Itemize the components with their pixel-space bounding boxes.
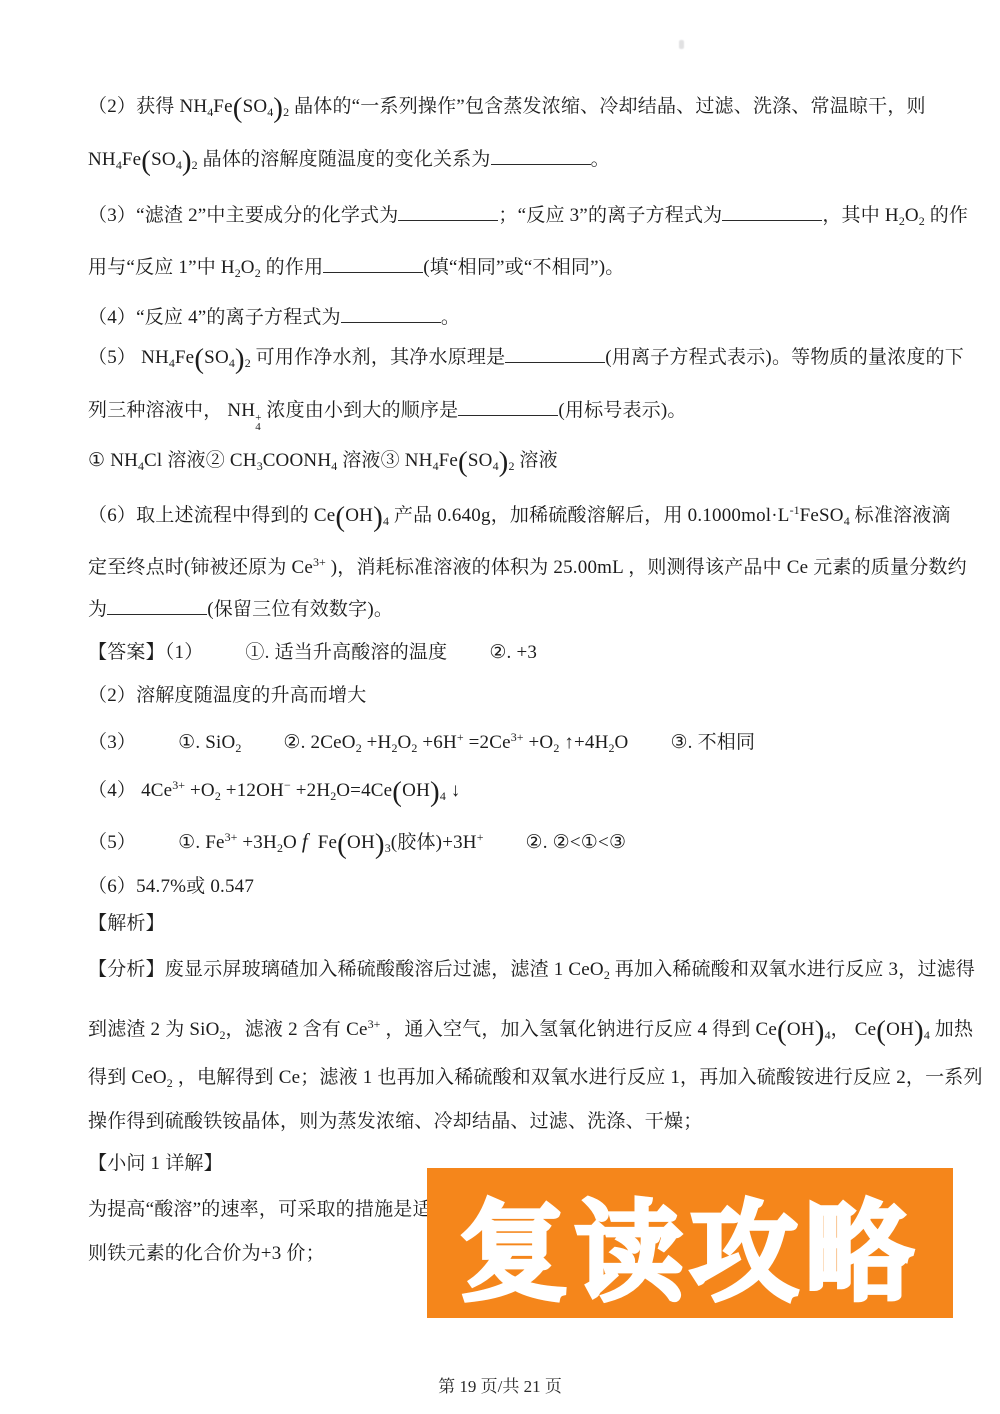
- text-line-19: 【分析】废显示屏玻璃碴加入稀硫酸酸溶后过滤，滤渣 1 CeO2 再加入稀硫酸和双…: [88, 958, 975, 987]
- text-run: H: [885, 205, 899, 226]
- text-run: OH: [345, 505, 373, 526]
- text-run: 则铁元素的化合价为+3 价；: [88, 1243, 325, 1264]
- superscript: 3+: [368, 1017, 381, 1031]
- text-run: ②. +3: [489, 642, 537, 663]
- big-left-paren: (: [335, 501, 345, 533]
- text-run: 可用作净水剂，其净水原理是: [251, 347, 506, 368]
- text-run: OH: [402, 780, 430, 801]
- text-run: H: [221, 257, 235, 278]
- superscript: 3+: [172, 778, 185, 792]
- text-run: 【小问 1 详解】: [88, 1153, 223, 1174]
- superscript: -1: [790, 503, 800, 517]
- text-line-1: （2）获得 NH4Fe(SO4)2 晶体的“一系列操作”包含蒸发浓缩、冷却结晶、…: [88, 95, 926, 124]
- superscript: −: [284, 778, 291, 792]
- big-left-paren: (: [392, 776, 402, 808]
- big-left-paren: (: [458, 446, 468, 478]
- text-run: Fe: [122, 149, 141, 170]
- big-right-paren: ): [914, 1015, 924, 1047]
- text-run: (保留三位有效数字)。: [207, 599, 393, 620]
- text-line-7: 列三种溶液中， NH+4 浓度由小到大的顺序是(用标号表示)。: [88, 398, 687, 433]
- text-run: Fe: [175, 347, 194, 368]
- text-run: ，电解得到 Ce；滤液 1 也再加入稀硫酸和双氧水进行反应 1，再加入硫酸铵进行…: [173, 1067, 983, 1088]
- text-run: O: [905, 205, 919, 226]
- text-run: +O: [185, 780, 215, 801]
- text-run: 4Ce: [141, 780, 172, 801]
- text-run: 定至终点时(铈被还原为: [88, 557, 291, 578]
- text-run: （2）获得: [88, 96, 179, 117]
- text-line-21: 得到 CeO2 ，电解得到 Ce；滤液 1 也再加入稀硫酸和双氧水进行反应 1，…: [88, 1066, 983, 1095]
- text-run: CH: [230, 450, 257, 471]
- text-run: NH: [141, 347, 169, 368]
- text-run: 溶液: [514, 450, 557, 471]
- text-run: 再加入稀硫酸和双氧水进行反应 3，过滤得: [610, 959, 975, 980]
- text-line-15: （4） 4Ce3+ +O2 +12OH− +2H2O=4Ce(OH)4 ↓: [88, 773, 461, 808]
- text-line-17: （6）54.7%或 0.547: [88, 875, 254, 899]
- text-run: SO: [243, 96, 268, 117]
- page-number: 第 19 页/共 21 页: [0, 1372, 1000, 1397]
- fill-in-blank: [505, 345, 605, 363]
- text-run: OH: [787, 1019, 815, 1040]
- text-line-24: 为提高“酸溶”的速率，可采取的措施是适当升: [88, 1198, 470, 1222]
- superscript: 3+: [225, 830, 238, 844]
- text-run: 。: [441, 307, 460, 328]
- text-run: SO: [151, 149, 176, 170]
- text-line-11: 为(保留三位有效数字)。: [88, 597, 393, 622]
- text-run: SO: [204, 347, 229, 368]
- text-run: NH: [227, 400, 255, 421]
- text-run: ②. ②<①<③: [526, 832, 627, 853]
- text-run: ③. 不相同: [670, 732, 755, 753]
- fill-in-blank: [722, 203, 822, 221]
- text-run: ①. Fe: [178, 832, 225, 853]
- fill-in-blank: [458, 398, 558, 416]
- text-line-4: 用与“反应 1”中 H2O2 的作用(填“相同”或“不相同”)。: [88, 255, 624, 285]
- text-run: （4）“反应 4”的离子方程式为: [88, 307, 341, 328]
- fill-in-blank: [491, 147, 591, 165]
- text-run: ②. 2CeO: [283, 732, 355, 753]
- fill-in-blank: [341, 305, 441, 323]
- text-run: +6H: [417, 732, 457, 753]
- text-run: ①: [88, 450, 110, 471]
- text-line-5: （4）“反应 4”的离子方程式为。: [88, 305, 460, 330]
- text-run: 【分析】废显示屏玻璃碴加入稀硫酸酸溶后过滤，滤渣 1: [88, 959, 568, 980]
- superscript: +: [477, 830, 484, 844]
- big-right-paren: ): [499, 446, 509, 478]
- text-run: Ce: [855, 1019, 877, 1040]
- text-run: SO: [468, 450, 493, 471]
- text-run: （6）取上述流程中得到的: [88, 505, 314, 526]
- text-run: （3）: [88, 732, 136, 753]
- text-run: （5）: [88, 832, 136, 853]
- text-run: )，消耗标准溶液的体积为 25.00mL ，则测得该产品中 Ce 元素的质量分数…: [326, 557, 967, 578]
- fill-in-blank: [398, 203, 498, 221]
- big-right-paren: ): [430, 776, 440, 808]
- text-run: (填“相同”或“不相同”)。: [423, 257, 624, 278]
- text-run: COONH: [263, 450, 332, 471]
- text-run: Ce: [291, 557, 313, 578]
- text-run: 晶体的“一系列操作”包含蒸发浓缩、冷却结晶、过滤、洗涤、常温晾干，则: [289, 96, 926, 117]
- text-run: (用离子方程式表示)。等物质的量浓度的下: [605, 347, 964, 368]
- text-run: 产品 0.640g，加稀硫酸溶解后，用 0.1000mol·L: [389, 505, 790, 526]
- superscript: 3+: [313, 555, 326, 569]
- text-run: Fe: [439, 450, 458, 471]
- text-run: ，通入空气，加入氢氧化钠进行反应 4 得到: [380, 1019, 755, 1040]
- text-run: ，其中: [822, 205, 885, 226]
- text-run: ；“反应 3”的离子方程式为: [498, 205, 722, 226]
- watermark-banner: 复读攻略: [427, 1168, 953, 1318]
- text-run: 晶体的溶解度随温度的变化关系为: [198, 149, 491, 170]
- text-run: 得到: [88, 1067, 131, 1088]
- text-run: OH: [347, 832, 375, 853]
- big-right-paren: ): [373, 501, 383, 533]
- text-run: O: [397, 732, 411, 753]
- text-run: ↑+4H: [559, 732, 608, 753]
- text-run: 为: [88, 599, 107, 620]
- text-line-10: 定至终点时(铈被还原为 Ce3+ )，消耗标准溶液的体积为 25.00mL ，则…: [88, 550, 967, 580]
- big-right-paren: ): [273, 92, 283, 124]
- superscript: 3+: [511, 730, 524, 744]
- text-run: 列三种溶液中，: [88, 400, 227, 421]
- text-line-20: 到滤渣 2 为 SiO2，滤液 2 含有 Ce3+ ，通入空气，加入氢氧化钠进行…: [88, 1012, 973, 1047]
- text-run: NH: [179, 96, 207, 117]
- text-run: NH: [88, 149, 116, 170]
- text-run: NH: [405, 450, 433, 471]
- text-run: O: [615, 732, 629, 753]
- text-run: 用与“反应 1”中: [88, 257, 221, 278]
- text-run: 为提高“酸溶”的速率，可采取的措施是适当升: [88, 1199, 470, 1220]
- text-run: NH: [110, 450, 138, 471]
- text-run: ，: [831, 1019, 855, 1040]
- text-line-8: ① NH4Cl 溶液② CH3COONH4 溶液③ NH4Fe(SO4)2 溶液: [88, 449, 558, 478]
- text-run: CeO: [131, 1067, 166, 1088]
- subscript: 2: [235, 741, 241, 755]
- text-run: ，滤液 2 含有: [226, 1019, 347, 1040]
- text-run: O=4Ce: [336, 780, 392, 801]
- text-run: Cl 溶液②: [144, 450, 230, 471]
- text-run: 的作: [925, 205, 968, 226]
- text-run: ↓: [446, 780, 461, 801]
- text-run: 浓度由小到大的顺序是: [261, 400, 458, 421]
- text-run: O: [241, 257, 255, 278]
- text-line-18: 【解析】: [88, 912, 165, 936]
- text-run: (胶体)+3H: [391, 832, 477, 853]
- big-right-paren: ): [235, 343, 245, 375]
- text-line-13: （2）溶解度随温度的升高而增大: [88, 684, 367, 708]
- big-left-paren: (: [337, 828, 347, 860]
- text-run: +O: [524, 732, 554, 753]
- text-run: =2Ce: [464, 732, 511, 753]
- text-run: 操作得到硫酸铁铵晶体，则为蒸发浓缩、冷却结晶、过滤、洗涤、干燥；: [88, 1111, 702, 1132]
- text-run: (用标号表示)。: [558, 400, 686, 421]
- text-run: Fe: [308, 832, 337, 853]
- ink-smudge: [679, 40, 684, 49]
- big-left-paren: (: [141, 145, 151, 177]
- watermark-text: 复读攻略: [460, 1166, 920, 1321]
- text-run: 【答案】（1）: [88, 642, 203, 663]
- text-run: +2H: [291, 780, 331, 801]
- superscript: +: [457, 730, 464, 744]
- text-run: Ce: [756, 1019, 778, 1040]
- text-run: 。: [591, 149, 610, 170]
- document-page: （2）获得 NH4Fe(SO4)2 晶体的“一系列操作”包含蒸发浓缩、冷却结晶、…: [0, 0, 1000, 1414]
- text-run: 标准溶液滴: [850, 505, 951, 526]
- text-run: （4）: [88, 780, 141, 801]
- text-run: 加热: [930, 1019, 973, 1040]
- text-run: OH: [886, 1019, 914, 1040]
- text-line-14: （3）①. SiO2②. 2CeO2 +H2O2 +6H+ =2Ce3+ +O2…: [88, 725, 755, 760]
- big-left-paren: (: [194, 343, 204, 375]
- fill-in-blank: [323, 255, 423, 273]
- big-left-paren: (: [876, 1015, 886, 1047]
- big-left-paren: (: [777, 1015, 787, 1047]
- text-run: O: [283, 832, 302, 853]
- text-run: +12OH: [221, 780, 284, 801]
- text-run: +H: [362, 732, 392, 753]
- text-line-25: 则铁元素的化合价为+3 价；: [88, 1242, 325, 1266]
- text-run: ①. 适当升高酸溶的温度: [245, 642, 447, 663]
- text-run: （3）“滤渣 2”中主要成分的化学式为: [88, 205, 398, 226]
- text-run: （6）54.7%或 0.547: [88, 876, 254, 897]
- text-run: 【解析】: [88, 913, 165, 934]
- fill-in-blank: [107, 597, 207, 615]
- text-run: Fe: [213, 96, 232, 117]
- text-run: （2）溶解度随温度的升高而增大: [88, 685, 367, 706]
- text-run: ①. SiO: [178, 732, 235, 753]
- text-line-16: （5）①. Fe3+ +3H2O f Fe(OH)3(胶体)+3H+②. ②<①…: [88, 825, 626, 860]
- text-run: 溶液③: [337, 450, 405, 471]
- big-right-paren: ): [815, 1015, 825, 1047]
- big-right-paren: ): [375, 828, 385, 860]
- text-run: +3H: [237, 832, 277, 853]
- text-run: Ce: [314, 505, 336, 526]
- text-run: 到滤渣 2 为 SiO: [88, 1019, 220, 1040]
- text-line-9: （6）取上述流程中得到的 Ce(OH)4 产品 0.640g，加稀硫酸溶解后，用…: [88, 498, 951, 533]
- text-line-6: （5） NH4Fe(SO4)2 可用作净水剂，其净水原理是(用离子方程式表示)。…: [88, 345, 964, 375]
- text-line-23: 【小问 1 详解】: [88, 1152, 223, 1176]
- text-line-12: 【答案】（1）①. 适当升高酸溶的温度②. +3: [88, 641, 537, 665]
- big-left-paren: (: [233, 92, 243, 124]
- text-line-22: 操作得到硫酸铁铵晶体，则为蒸发浓缩、冷却结晶、过滤、洗涤、干燥；: [88, 1110, 702, 1134]
- text-run: （5）: [88, 347, 141, 368]
- big-right-paren: ): [182, 145, 192, 177]
- text-run: 的作用: [261, 257, 324, 278]
- text-run: Ce: [346, 1019, 368, 1040]
- text-run: CeO: [568, 959, 603, 980]
- text-run: FeSO: [800, 505, 844, 526]
- text-line-3: （3）“滤渣 2”中主要成分的化学式为；“反应 3”的离子方程式为，其中 H2O…: [88, 203, 968, 233]
- text-line-2: NH4Fe(SO4)2 晶体的溶解度随温度的变化关系为。: [88, 147, 610, 177]
